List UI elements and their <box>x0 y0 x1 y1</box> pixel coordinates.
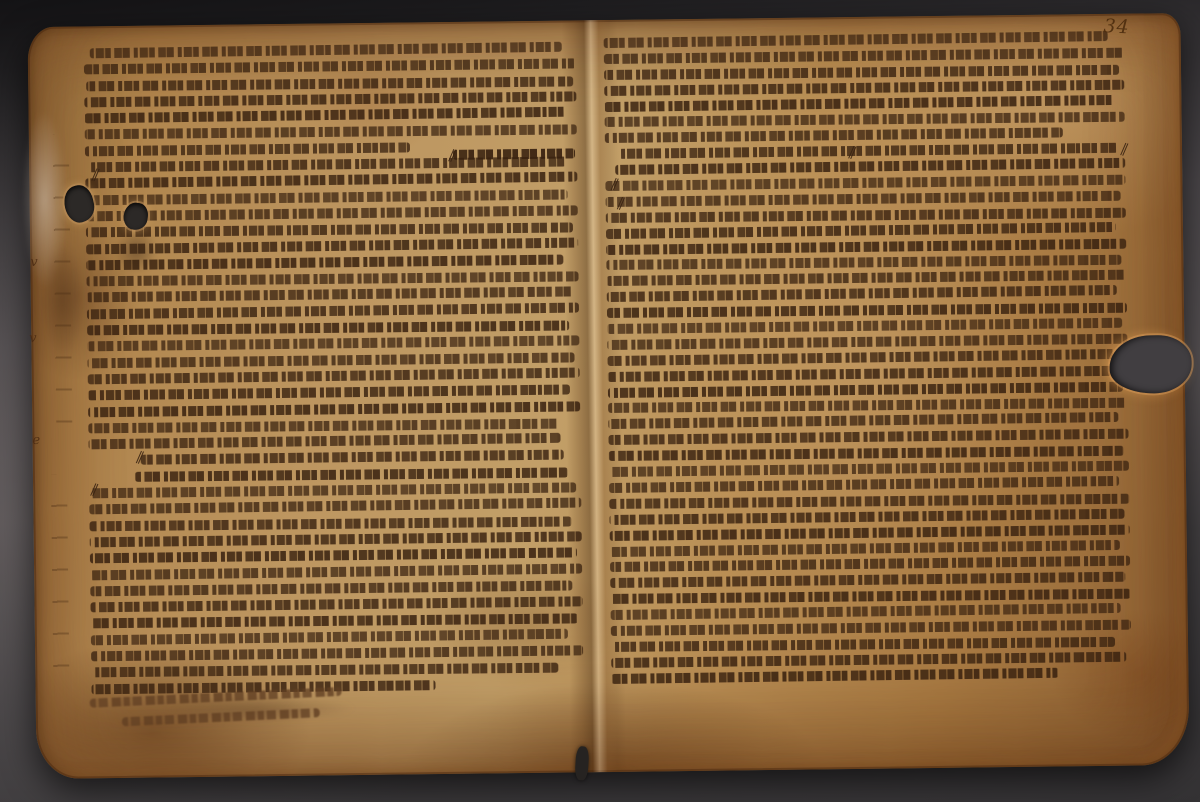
manuscript-opening: ‖‖‖‖‖‖‖‖ vve 34 <box>27 13 1189 779</box>
margin-letter: v <box>29 331 37 346</box>
torn-edge-notch <box>1109 335 1192 394</box>
photograph-background: ‖‖‖‖‖‖‖‖ vve 34 <box>0 0 1200 802</box>
margin-letter: v <box>30 255 38 270</box>
margin-letters-layer: vve <box>27 13 1189 779</box>
text-line-segment <box>453 148 575 159</box>
leaf-gap-slit <box>575 746 590 781</box>
folio-number: 34 <box>1103 15 1130 38</box>
margin-letter: e <box>32 433 40 448</box>
